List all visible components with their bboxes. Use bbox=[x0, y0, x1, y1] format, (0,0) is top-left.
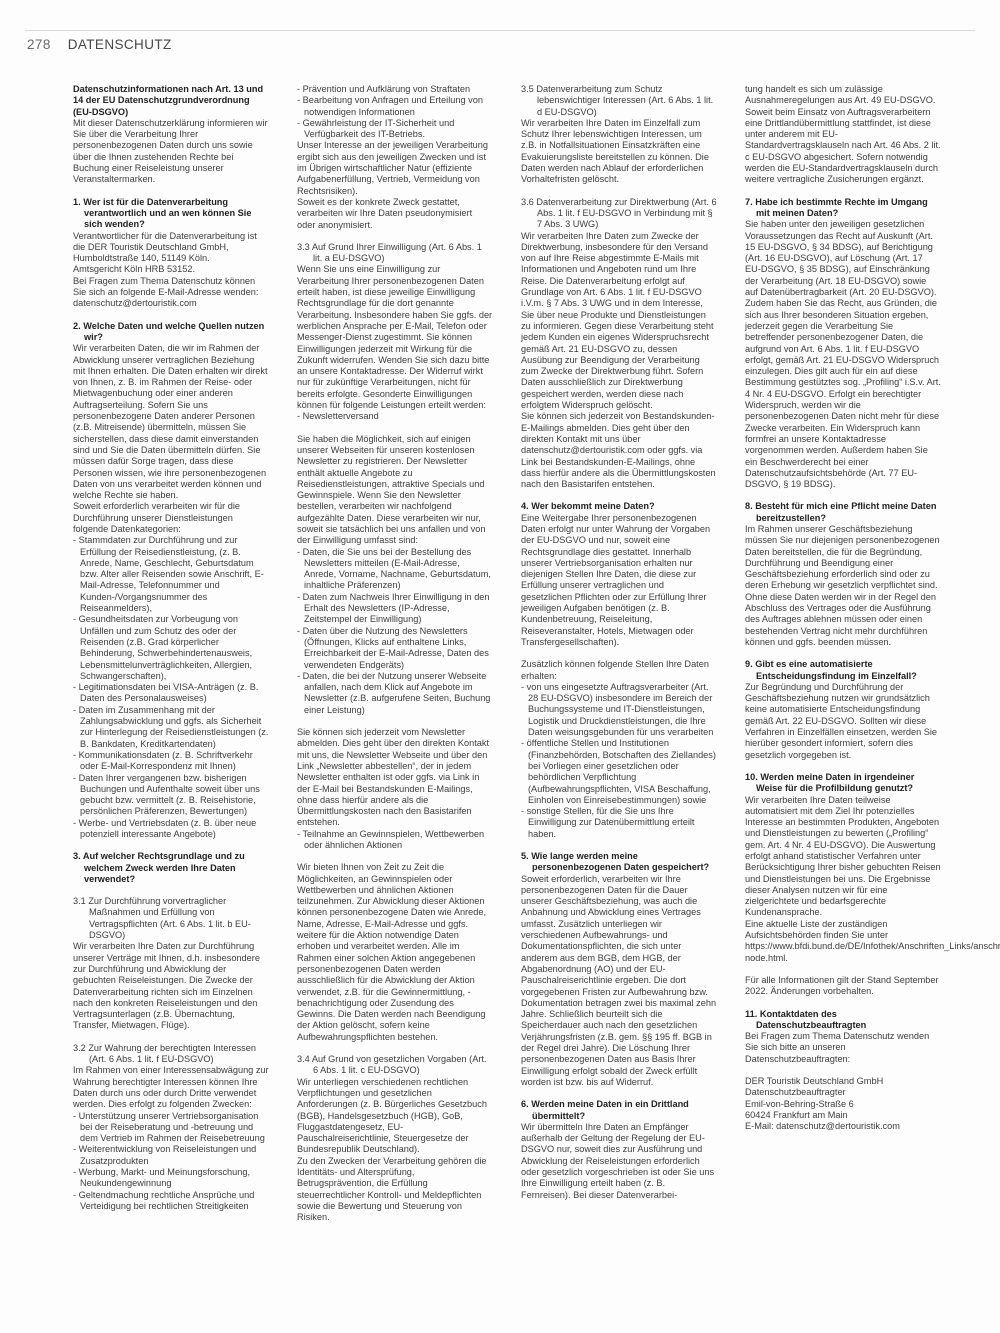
paragraph: Wir verarbeiten Ihre Daten zur Durchführ… bbox=[73, 941, 269, 1031]
text-column-4: tung handelt es sich um zulässige Ausnah… bbox=[745, 84, 941, 1224]
section-heading: 8. Besteht für mich eine Pflicht meine D… bbox=[745, 501, 941, 524]
paragraph: Zusätzlich können folgende Stellen Ihre … bbox=[521, 659, 717, 682]
text-columns: Datenschutzinformationen nach Art. 13 un… bbox=[73, 84, 941, 1224]
page-header: 278DATENSCHUTZ bbox=[27, 37, 172, 52]
paragraph: Sie haben unter den jeweiligen gesetzlic… bbox=[745, 219, 941, 490]
section-heading: 2. Welche Daten und welche Quellen nutze… bbox=[73, 321, 269, 344]
list-item: Bearbeitung von Anfragen und Erteilung v… bbox=[297, 95, 493, 118]
sub-heading: 3.3 Auf Grund Ihrer Einwilligung (Art. 6… bbox=[297, 242, 493, 265]
section-heading: 9. Gibt es eine automatisierte Entscheid… bbox=[745, 659, 941, 682]
section-heading: 10. Werden meine Daten in irgendeiner We… bbox=[745, 772, 941, 795]
text-column-2: Prävention und Aufklärung von Straftaten… bbox=[297, 84, 493, 1224]
list-item: sonstige Stellen, für die Sie uns Ihre E… bbox=[521, 806, 717, 840]
paragraph: Wir verarbeiten Daten, die wir im Rahmen… bbox=[73, 343, 269, 501]
list-item: Werbung, Markt- und Meinungsforschung, N… bbox=[73, 1167, 269, 1190]
document-page: 278DATENSCHUTZ Datenschutzinformationen … bbox=[0, 0, 1000, 1333]
list-item: Daten, die bei der Nutzung unserer Webse… bbox=[297, 671, 493, 716]
paragraph: Im Rahmen von einer Interessensabwägung … bbox=[73, 1065, 269, 1110]
section-heading: 1. Wer ist für die Datenverarbeitung ver… bbox=[73, 197, 269, 231]
list-item: Kommunikationsdaten (z. B. Schriftverkeh… bbox=[73, 750, 269, 773]
paragraph: Soweit erforderlich, verarbeiten wir Ihr… bbox=[521, 874, 717, 1089]
page-number: 278 bbox=[27, 37, 51, 52]
section-heading: 5. Wie lange werden meine personenbezoge… bbox=[521, 851, 717, 874]
paragraph: Wenn Sie uns eine Einwilligung zur Verar… bbox=[297, 264, 493, 411]
section-heading: 3. Auf welcher Rechtsgrundlage und zu we… bbox=[73, 851, 269, 885]
list-item: Stammdaten zur Durchführung und zur Erfü… bbox=[73, 535, 269, 614]
list-item: Daten Ihrer vergangenen bzw. bisherigen … bbox=[73, 773, 269, 818]
document-title: Datenschutzinformationen nach Art. 13 un… bbox=[73, 84, 269, 118]
sub-heading: 3.6 Datenverarbeitung zur Direktwerbung … bbox=[521, 197, 717, 231]
list-item: Werbe- und Vertriebsdaten (z. B. über ne… bbox=[73, 818, 269, 841]
paragraph: Eine Weitergabe Ihrer personenbezogenen … bbox=[521, 513, 717, 649]
list-item: Teilnahme an Gewinnspielen, Wettbewerben… bbox=[297, 829, 493, 852]
list-item: Daten, die Sie uns bei der Bestellung de… bbox=[297, 547, 493, 592]
paragraph: Wir verarbeiten Ihre Daten zum Zwecke de… bbox=[521, 231, 717, 491]
sub-heading: 3.1 Zur Durchführung vorvertraglicher Ma… bbox=[73, 896, 269, 941]
sub-heading: 3.2 Zur Wahrung der berechtigten Interes… bbox=[73, 1043, 269, 1066]
paragraph: Wir bieten Ihnen von Zeit zu Zeit die Mö… bbox=[297, 862, 493, 1043]
paragraph: Wir verarbeiten Ihre Daten teilweise aut… bbox=[745, 795, 941, 964]
section-heading: 11. Kontaktdaten des Datenschutzbeauftra… bbox=[745, 1009, 941, 1032]
sub-heading: 3.4 Auf Grund von gesetzlichen Vorgaben … bbox=[297, 1054, 493, 1077]
paragraph: DER Touristik Deutschland GmbH Datenschu… bbox=[745, 1076, 941, 1132]
paragraph: Im Rahmen unserer Geschäftsbeziehung müs… bbox=[745, 524, 941, 648]
paragraph: Wir verarbeiten Ihre Daten im Einzelfall… bbox=[521, 118, 717, 186]
paragraph: Verantwortlicher für die Datenverarbeitu… bbox=[73, 231, 269, 310]
list-item: öffentliche Stellen und Institutionen (F… bbox=[521, 738, 717, 806]
paragraph: Unser Interesse an der jeweiligen Verarb… bbox=[297, 140, 493, 230]
text-column-1: Datenschutzinformationen nach Art. 13 un… bbox=[73, 84, 269, 1224]
paragraph: Zur Begründung und Durchführung der Gesc… bbox=[745, 682, 941, 761]
top-rule bbox=[25, 30, 975, 31]
section-heading: 6. Werden meine Daten in ein Drittland ü… bbox=[521, 1099, 717, 1122]
list-item: von uns eingesetzte Auftragsverarbeiter … bbox=[521, 682, 717, 738]
section-heading: 7. Habe ich bestimmte Rechte im Umgang m… bbox=[745, 197, 941, 220]
list-item: Prävention und Aufklärung von Straftaten bbox=[297, 84, 493, 95]
paragraph: Wir unterliegen verschiedenen rechtliche… bbox=[297, 1077, 493, 1224]
paragraph: Sie haben die Möglichkeit, sich auf eini… bbox=[297, 434, 493, 547]
list-item: Gewährleistung der IT-Sicherheit und Ver… bbox=[297, 118, 493, 141]
list-item: Unterstützung unserer Vertriebsorganisat… bbox=[73, 1111, 269, 1145]
paragraph: Soweit erforderlich verarbeiten wir für … bbox=[73, 501, 269, 535]
list-item: Daten über die Nutzung des Newsletters (… bbox=[297, 626, 493, 671]
paragraph: Wir übermitteln Ihre Daten an Empfänger … bbox=[521, 1122, 717, 1201]
paragraph: Bei Fragen zum Thema Datenschutz wenden … bbox=[745, 1031, 941, 1065]
page-section-title: DATENSCHUTZ bbox=[68, 37, 172, 52]
paragraph: tung handelt es sich um zulässige Ausnah… bbox=[745, 84, 941, 186]
paragraph: Für alle Informationen gilt der Stand Se… bbox=[745, 975, 941, 998]
list-item: Daten im Zusammenhang mit der Zahlungsab… bbox=[73, 705, 269, 750]
list-item: Daten zum Nachweis Ihrer Einwilligung in… bbox=[297, 592, 493, 626]
paragraph: Mit dieser Datenschutzerklärung informie… bbox=[73, 118, 269, 186]
paragraph: Sie können sich jederzeit vom Newsletter… bbox=[297, 727, 493, 829]
list-item: Legitimationsdaten bei VISA-Anträgen (z.… bbox=[73, 682, 269, 705]
list-item: Geltendmachung rechtliche Ansprüche und … bbox=[73, 1190, 269, 1213]
section-heading: 4. Wer bekommt meine Daten? bbox=[521, 501, 717, 512]
text-column-3: 3.5 Datenverarbeitung zum Schutz lebensw… bbox=[521, 84, 717, 1224]
list-item: Weiterentwicklung von Reiseleistungen un… bbox=[73, 1144, 269, 1167]
list-item: Gesundheitsdaten zur Vorbeugung von Unfä… bbox=[73, 614, 269, 682]
sub-heading: 3.5 Datenverarbeitung zum Schutz lebensw… bbox=[521, 84, 717, 118]
list-item: Newsletterversand bbox=[297, 411, 493, 422]
